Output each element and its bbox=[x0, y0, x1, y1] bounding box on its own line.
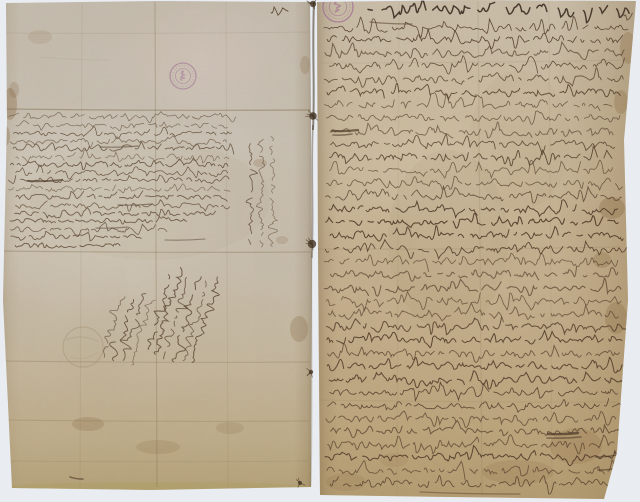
ink-layer bbox=[0, 0, 640, 502]
photograph-backdrop bbox=[0, 0, 640, 502]
page-seam bbox=[313, 2, 314, 130]
page-seam bbox=[312, 125, 313, 258]
